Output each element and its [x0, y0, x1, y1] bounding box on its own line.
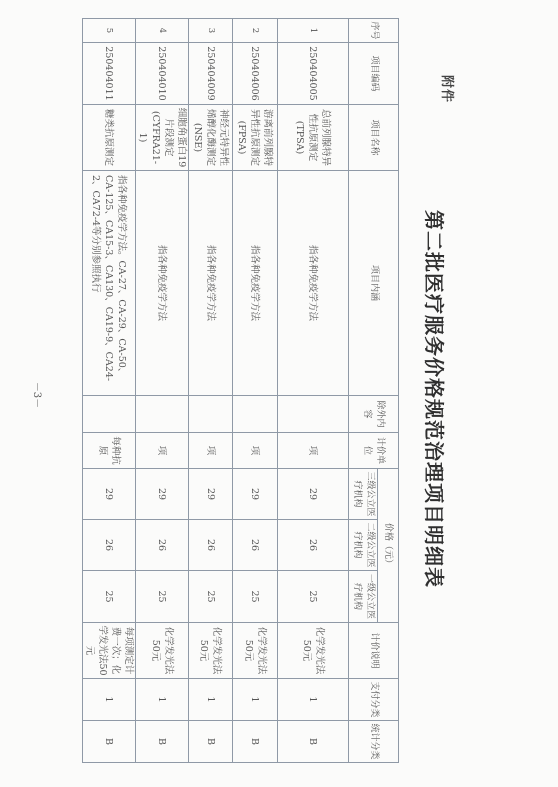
cell-unit: 项 [278, 433, 349, 469]
document-title: 第二批医疗服务价格规范治理项目明细表 [421, 210, 450, 630]
page-number: －3－ [31, 360, 46, 430]
cell-price-level2: 26 [233, 520, 278, 571]
header-price-level3: 三级公立医疗机构 [349, 469, 378, 520]
cell-unit: 项 [233, 433, 278, 469]
cell-name: 游离前列腺特异性抗原测定(FPSA) [233, 105, 278, 171]
header-content: 项目内涵 [349, 171, 399, 396]
table-row: 4 250404010 细胞角蛋白19片段测定(CYFRA21-1) 指各种免疫… [136, 19, 189, 763]
header-row-top: 序号 项目编码 项目名称 项目内涵 除外内容 计价单位 价格（元） 计价说明 支… [378, 19, 399, 763]
cell-seq: 2 [233, 19, 278, 43]
cell-name: 总前列腺特异性抗原测定(TPSA) [278, 105, 349, 171]
cell-code: 250404011 [83, 43, 136, 105]
cell-stat-class: B [278, 721, 349, 763]
header-pricing-note: 计价说明 [349, 623, 399, 679]
table-row: 2 250404006 游离前列腺特异性抗原测定(FPSA) 指各种免疫学方法 … [233, 19, 278, 763]
cell-content: 指各种免疫学方法 [278, 171, 349, 396]
cell-seq: 3 [189, 19, 233, 43]
cell-payment-class: 1 [278, 679, 349, 721]
cell-code: 250404005 [278, 43, 349, 105]
header-payment-class: 支付分类 [349, 679, 399, 721]
cell-pricing-note: 每项测定计费一次；化学发光法50元 [83, 623, 136, 679]
cell-exclusions [189, 396, 233, 433]
cell-pricing-note: 化学发光法50元 [189, 623, 233, 679]
cell-code: 250404010 [136, 43, 189, 105]
cell-unit: 项 [189, 433, 233, 469]
annex-label: 附件 [439, 75, 458, 103]
cell-exclusions [278, 396, 349, 433]
table-row: 3 250404009 神经元特异性烯醇化酶测定(NSE) 指各种免疫学方法 项… [189, 19, 233, 763]
header-stat-class: 统计分类 [349, 721, 399, 763]
rotated-document-page: 附件 第二批医疗服务价格规范治理项目明细表 序号 项目编码 项目名称 项目内涵 … [0, 0, 558, 787]
cell-exclusions [83, 396, 136, 433]
cell-code: 250404006 [233, 43, 278, 105]
header-unit: 计价单位 [349, 433, 399, 469]
cell-content: 指各种免疫学方法 [136, 171, 189, 396]
cell-code: 250404009 [189, 43, 233, 105]
cell-price-level3: 29 [136, 469, 189, 520]
cell-unit: 项 [136, 433, 189, 469]
cell-content: 指各种免疫学方法。CA-27、CA-29、CA-50、CA-125、CA15-3… [83, 171, 136, 396]
header-seq: 序号 [349, 19, 399, 43]
header-code: 项目编码 [349, 43, 399, 105]
cell-price-level1: 25 [233, 571, 278, 623]
cell-content: 指各种免疫学方法 [189, 171, 233, 396]
cell-stat-class: B [83, 721, 136, 763]
cell-name: 细胞角蛋白19片段测定(CYFRA21-1) [136, 105, 189, 171]
cell-unit: 每种抗原 [83, 433, 136, 469]
cell-payment-class: 1 [83, 679, 136, 721]
cell-price-level2: 26 [136, 520, 189, 571]
cell-price-level3: 29 [189, 469, 233, 520]
header-exclusions: 除外内容 [349, 396, 399, 433]
cell-price-level1: 25 [278, 571, 349, 623]
cell-stat-class: B [189, 721, 233, 763]
cell-name: 糖类抗原测定 [83, 105, 136, 171]
cell-payment-class: 1 [189, 679, 233, 721]
cell-name: 神经元特异性烯醇化酶测定(NSE) [189, 105, 233, 171]
cell-price-level3: 29 [233, 469, 278, 520]
price-items-table: 序号 项目编码 项目名称 项目内涵 除外内容 计价单位 价格（元） 计价说明 支… [82, 18, 399, 763]
cell-seq: 5 [83, 19, 136, 43]
cell-price-level1: 25 [83, 571, 136, 623]
cell-pricing-note: 化学发光法50元 [233, 623, 278, 679]
cell-pricing-note: 化学发光法50元 [136, 623, 189, 679]
header-price-group: 价格（元） [378, 469, 399, 623]
cell-price-level1: 25 [136, 571, 189, 623]
cell-payment-class: 1 [233, 679, 278, 721]
cell-pricing-note: 化学发光法50元 [278, 623, 349, 679]
cell-stat-class: B [233, 721, 278, 763]
header-price-level2: 二级公立医疗机构 [349, 520, 378, 571]
cell-content: 指各种免疫学方法 [233, 171, 278, 396]
cell-price-level2: 26 [83, 520, 136, 571]
cell-price-level3: 29 [83, 469, 136, 520]
cell-seq: 4 [136, 19, 189, 43]
table-row: 1 250404005 总前列腺特异性抗原测定(TPSA) 指各种免疫学方法 项… [278, 19, 349, 763]
cell-exclusions [233, 396, 278, 433]
cell-price-level3: 29 [278, 469, 349, 520]
cell-payment-class: 1 [136, 679, 189, 721]
cell-price-level2: 26 [278, 520, 349, 571]
header-price-level1: 一级公立医疗机构 [349, 571, 378, 623]
header-name: 项目名称 [349, 105, 399, 171]
cell-seq: 1 [278, 19, 349, 43]
cell-price-level1: 25 [189, 571, 233, 623]
cell-exclusions [136, 396, 189, 433]
cell-stat-class: B [136, 721, 189, 763]
table-row: 5 250404011 糖类抗原测定 指各种免疫学方法。CA-27、CA-29、… [83, 19, 136, 763]
cell-price-level2: 26 [189, 520, 233, 571]
